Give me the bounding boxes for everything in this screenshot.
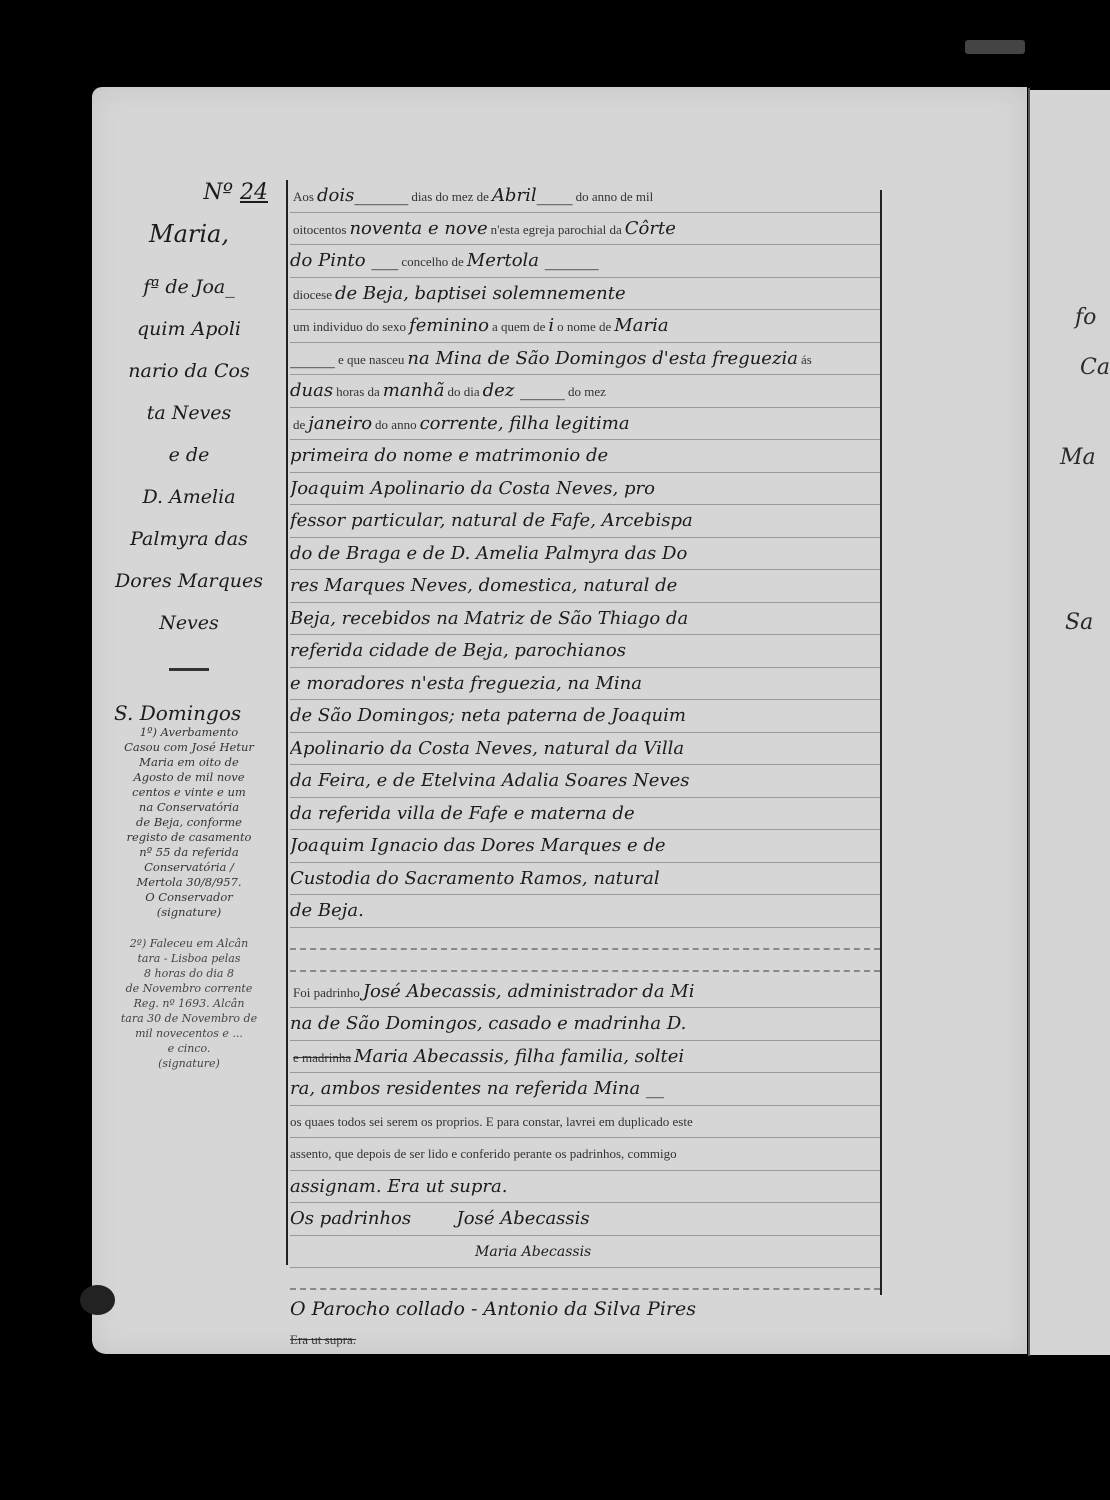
entry-line: diocesede Beja, baptisei solemnemente	[290, 278, 880, 311]
printed-text: um individuo do sexo	[293, 319, 406, 334]
entry-text: Aosdois______dias do mez deAbril____do a…	[290, 180, 880, 928]
handwritten-text: de Beja.	[290, 900, 364, 921]
printed-text: diocese	[293, 287, 332, 302]
baptized-name: Maria,	[100, 220, 278, 266]
handwritten-text: Maria Abecassis, filha familia, soltei	[354, 1046, 684, 1067]
handwritten-text: _____	[290, 348, 335, 369]
priest-signature: O Parocho collado - Antonio da Silva Pir…	[290, 1298, 696, 1320]
entry-line: Foi padrinhoJosé Abecassis, administrado…	[290, 976, 880, 1009]
printed-text: do anno de mil	[576, 189, 654, 204]
entry-line: na de São Domingos, casado e madrinha D.	[290, 1008, 880, 1041]
entry-line: Aosdois______dias do mez deAbril____do a…	[290, 180, 880, 213]
entry-line: dejaneirodo annocorrente, filha legitima	[290, 408, 880, 441]
entry-line: um individuo do sexofemininoa quem deio …	[290, 310, 880, 343]
entry-line: Joaquim Ignacio das Dores Marques e de	[290, 830, 880, 863]
closing-hand: assignam. Era ut supra.	[290, 1176, 507, 1197]
record-number: Nº 24	[100, 180, 278, 220]
handwritten-text: Côrte	[625, 218, 676, 239]
entry-line: primeira do nome e matrimonio de	[290, 440, 880, 473]
facing-fragment: Ca	[1080, 355, 1110, 380]
entry-line: da Feira, e de Etelvina Adalia Soares Ne…	[290, 765, 880, 798]
scanner-thumb	[80, 1285, 115, 1315]
facing-fragment: fo	[1075, 305, 1096, 330]
entry-line: oitocentosnoventa e noven'esta egreja pa…	[290, 213, 880, 246]
godfather-signature: José Abecassis	[457, 1208, 590, 1229]
handwritten-text: ra, ambos residentes na referida Mina __	[290, 1078, 664, 1099]
entry-line: Joaquim Apolinario da Costa Neves, pro	[290, 473, 880, 506]
entry-line: duashoras damanhãdo diadez _____do mez	[290, 375, 880, 408]
handwritten-text: referida cidade de Beja, parochianos	[290, 640, 626, 661]
annotation-marriage: 1º) Averbamento Casou com José Hetur Mar…	[100, 725, 278, 920]
handwritten-text: e moradores n'esta freguezia, na Mina	[290, 673, 642, 694]
handwritten-text: ______	[354, 185, 408, 206]
handwritten-text: primeira do nome e matrimonio de	[290, 445, 608, 466]
right-rule	[880, 190, 882, 1295]
entry-line: res Marques Neves, domestica, natural de	[290, 570, 880, 603]
handwritten-text: duas	[290, 380, 333, 401]
printed-text: ás	[801, 352, 812, 367]
handwritten-text: do Pinto ___	[290, 250, 398, 271]
facing-fragment: Ma	[1060, 445, 1096, 470]
facing-fragment: Sa	[1065, 610, 1093, 635]
entry-line: Apolinario da Costa Neves, natural da Vi…	[290, 733, 880, 766]
handwritten-text: noventa e nove	[349, 218, 487, 239]
handwritten-text: José Abecassis, administrador da Mi	[363, 981, 695, 1002]
handwritten-text: Maria	[614, 315, 668, 336]
entry-line: fessor particular, natural de Fafe, Arce…	[290, 505, 880, 538]
handwritten-text: Apolinario da Costa Neves, natural da Vi…	[290, 738, 684, 759]
printed-text: horas da	[336, 384, 380, 399]
facing-page: fo Ca Ma Sa	[1030, 90, 1110, 1355]
handwritten-text: Abril	[492, 185, 537, 206]
handwritten-text: i	[548, 315, 554, 336]
printed-text: o nome de	[557, 319, 611, 334]
margin-place: S. Domingos	[100, 701, 278, 725]
struck-formula: Era ut supra.	[290, 1332, 356, 1347]
printed-text: e que nasceu	[338, 352, 404, 367]
entry-body: Aosdois______dias do mez deAbril____do a…	[290, 180, 880, 1352]
entry-line: _____e que nasceuna Mina de São Domingos…	[290, 343, 880, 376]
entry-line: e madrinhaMaria Abecassis, filha familia…	[290, 1041, 880, 1074]
printed-text: Foi padrinho	[293, 985, 360, 1000]
binding-tab	[965, 40, 1025, 54]
godmother-signature: Maria Abecassis	[475, 1244, 591, 1260]
printed-text: do dia	[448, 384, 480, 399]
handwritten-text: na Mina de São Domingos d'esta freguezia	[407, 348, 798, 369]
closing-print-1: os quaes todos sei serem os proprios. E …	[290, 1106, 880, 1139]
handwritten-text: na de São Domingos, casado e madrinha D.	[290, 1013, 686, 1034]
margin-rule	[286, 180, 288, 1265]
handwritten-text: fessor particular, natural de Fafe, Arce…	[290, 510, 693, 531]
godparents-label: Os padrinhos	[290, 1208, 411, 1229]
flourish-divider	[290, 1272, 880, 1290]
margin-divider	[169, 668, 209, 671]
entry-line: referida cidade de Beja, parochianos	[290, 635, 880, 668]
printed-text: dias do mez de	[411, 189, 489, 204]
entry-line: de Beja.	[290, 895, 880, 928]
handwritten-text: Joaquim Apolinario da Costa Neves, pro	[290, 478, 655, 499]
printed-text: do mez	[568, 384, 606, 399]
entry-line: da referida villa de Fafe e materna de	[290, 798, 880, 831]
handwritten-text: de Beja, baptisei solemnemente	[335, 283, 626, 304]
handwritten-text: Custodia do Sacramento Ramos, natural	[290, 868, 660, 889]
handwritten-text: manhã	[383, 380, 445, 401]
handwritten-text: janeiro	[308, 413, 372, 434]
flourish-divider	[290, 932, 880, 950]
margin-parents: fª de Joa_ quim Apoli nario da Cos ta Ne…	[100, 266, 278, 644]
printed-text: oitocentos	[293, 222, 346, 237]
entry-line: ra, ambos residentes na referida Mina __	[290, 1073, 880, 1106]
handwritten-text: dois	[317, 185, 354, 206]
entry-line: do Pinto ___concelho deMertola ______	[290, 245, 880, 278]
handwritten-text: da Feira, e de Etelvina Adalia Soares Ne…	[290, 770, 690, 791]
printed-text: Aos	[293, 189, 314, 204]
handwritten-text: dez _____	[483, 380, 565, 401]
handwritten-text: Joaquim Ignacio das Dores Marques e de	[290, 835, 666, 856]
closing-print-2: assento, que depois de ser lido e confer…	[290, 1138, 880, 1171]
handwritten-text: Beja, recebidos na Matriz de São Thiago …	[290, 608, 688, 629]
entry-line: Beja, recebidos na Matriz de São Thiago …	[290, 603, 880, 636]
handwritten-text: res Marques Neves, domestica, natural de	[290, 575, 677, 596]
printed-text: concelho de	[401, 254, 463, 269]
entry-line: e moradores n'esta freguezia, na Mina	[290, 668, 880, 701]
handwritten-text: Mertola ______	[467, 250, 599, 271]
handwritten-text: da referida villa de Fafe e materna de	[290, 803, 635, 824]
printed-text: do anno	[375, 417, 417, 432]
struck-text: e madrinha	[293, 1050, 351, 1065]
handwritten-text: corrente, filha legitima	[420, 413, 630, 434]
printed-text: a quem de	[492, 319, 545, 334]
entry-line: de São Domingos; neta paterna de Joaquim	[290, 700, 880, 733]
godparents-text: Foi padrinhoJosé Abecassis, administrado…	[290, 976, 880, 1106]
handwritten-text: feminino	[409, 315, 489, 336]
printed-text: de	[293, 417, 305, 432]
handwritten-text: ____	[537, 185, 573, 206]
margin-column: Nº 24 Maria, fª de Joa_ quim Apoli nario…	[100, 180, 278, 1071]
handwritten-text: do de Braga e de D. Amelia Palmyra das D…	[290, 543, 687, 564]
handwritten-text: de São Domingos; neta paterna de Joaquim	[290, 705, 686, 726]
flourish-divider	[290, 954, 880, 972]
printed-text: n'esta egreja parochial da	[491, 222, 622, 237]
annotation-death: 2º) Faleceu em Alcân tara - Lisboa pelas…	[100, 936, 278, 1071]
entry-line: do de Braga e de D. Amelia Palmyra das D…	[290, 538, 880, 571]
entry-line: Custodia do Sacramento Ramos, natural	[290, 863, 880, 896]
